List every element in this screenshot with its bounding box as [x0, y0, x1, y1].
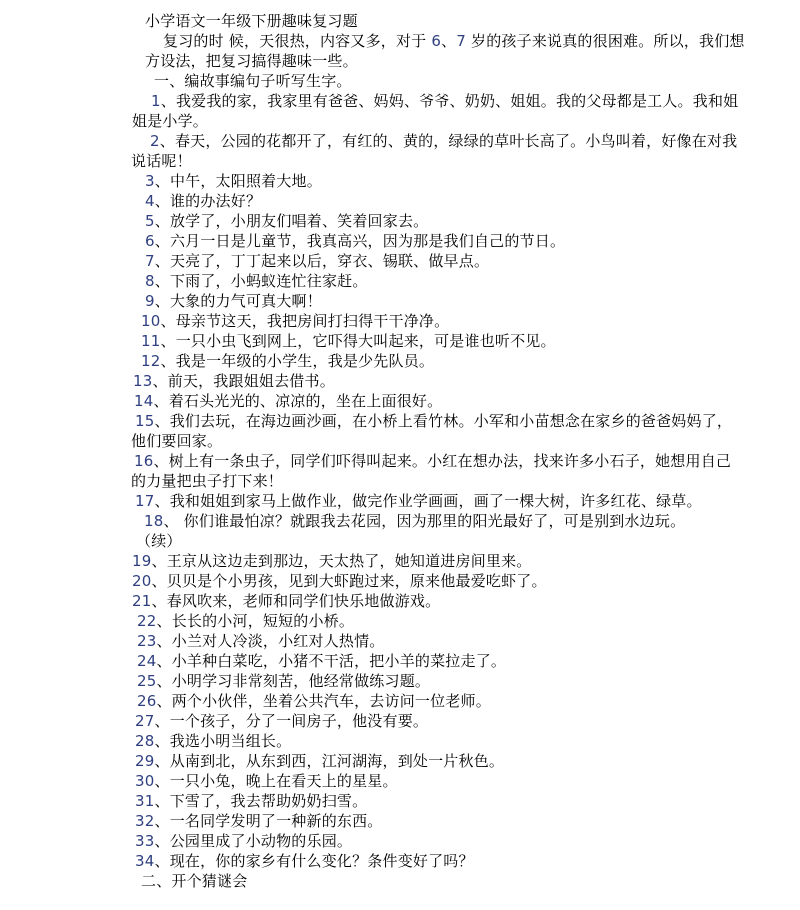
- section-1-heading: 一、编故事编句子听写生字。: [131, 71, 800, 91]
- item-10: 10、母亲节这天，我把房间打扫得干干净净。: [131, 311, 800, 331]
- item-34: 34、现在，你的家乡有什么变化？条件变好了吗？: [131, 851, 800, 871]
- item-9: 9、大象的力气可真大啊！: [131, 291, 800, 311]
- item-17: 17、我和姐姐到家马上做作业，做完作业学画画，画了一棵大树，许多红花、绿草。: [131, 491, 800, 511]
- item-12: 12、我是一年级的小学生，我是少先队员。: [131, 351, 800, 371]
- list-number: 32: [135, 812, 155, 830]
- list-number: 16: [134, 452, 154, 470]
- list-number: 31: [135, 792, 155, 810]
- item-14: 14、着石头光光的、凉凉的，坐在上面很好。: [131, 391, 800, 411]
- list-number: 12: [141, 352, 161, 370]
- section-2-heading: 二、开个猜谜会: [131, 871, 800, 891]
- item-32: 32、一名同学发明了一种新的东西。: [131, 811, 800, 831]
- list-number: 13: [133, 372, 153, 390]
- item-5: 5、放学了，小朋友们唱着、笑着回家去。: [131, 211, 800, 231]
- list-number: 22: [137, 612, 157, 630]
- item-6: 6、六月一日是儿童节，我真高兴，因为那是我们自己的节日。: [131, 231, 800, 251]
- item-16-cont: 的力量把虫子打下来！: [131, 471, 800, 491]
- item-20: 20、贝贝是个小男孩，见到大虾跑过来，原来他最爱吃虾了。: [131, 571, 800, 591]
- item-30: 30、一只小兔，晚上在看天上的星星。: [131, 771, 800, 791]
- list-number: 3: [145, 172, 155, 190]
- item-18: 18、 你们谁最怕凉？就跟我去花园，因为那里的阳光最好了，可是别到水边玩。: [131, 511, 800, 531]
- item-1-cont: 姐是小学。: [131, 111, 800, 131]
- list-number: 24: [137, 652, 157, 670]
- item-27: 27、一个孩子，分了一间房子，他没有要。: [131, 711, 800, 731]
- document-title: 小学语文一年级下册趣味复习题: [131, 11, 800, 31]
- list-number: 9: [145, 292, 155, 310]
- item-29: 29、从南到北，从东到西，江河湖海，到处一片秋色。: [131, 751, 800, 771]
- list-number: 25: [137, 672, 157, 690]
- intro-line-1: 复习的时 候，天很热，内容又多，对于 6、7 岁的孩子来说真的很困难。所以，我们…: [131, 31, 800, 51]
- item-8: 8、下雨了，小蚂蚁连忙往家赶。: [131, 271, 800, 291]
- document-page: 小学语文一年级下册趣味复习题复习的时 候，天很热，内容又多，对于 6、7 岁的孩…: [0, 0, 800, 910]
- item-22: 22、长长的小河，短短的小桥。: [131, 611, 800, 631]
- list-number: 7: [145, 252, 155, 270]
- list-number: 6: [145, 232, 155, 250]
- list-number: 21: [132, 592, 152, 610]
- document-body: 小学语文一年级下册趣味复习题复习的时 候，天很热，内容又多，对于 6、7 岁的孩…: [131, 11, 800, 891]
- item-25: 25、小明学习非常刻苦，他经常做练习题。: [131, 671, 800, 691]
- list-number: 30: [135, 772, 155, 790]
- list-number: 1: [151, 92, 161, 110]
- intro-line-2: 方设法，把复习搞得趣味一些。: [131, 51, 800, 71]
- item-28: 28、我选小明当组长。: [131, 731, 800, 751]
- list-number: 23: [137, 632, 157, 650]
- item-31: 31、下雪了，我去帮助奶奶扫雪。: [131, 791, 800, 811]
- list-number: 11: [141, 332, 161, 350]
- item-2: 2、春天，公园的花都开了，有红的、黄的，绿绿的草叶长高了。小鸟叫着，好像在对我: [131, 131, 800, 151]
- list-number: 17: [135, 492, 155, 510]
- item-15: 15、我们去玩，在海边画沙画，在小桥上看竹林。小军和小苗想念在家乡的爸爸妈妈了，: [131, 411, 800, 431]
- item-33: 33、公园里成了小动物的乐园。: [131, 831, 800, 851]
- list-number: 29: [135, 752, 155, 770]
- item-26: 26、两个小伙伴，坐着公共汽车，去访问一位老师。: [131, 691, 800, 711]
- list-number: 27: [135, 712, 155, 730]
- list-number: 28: [135, 732, 155, 750]
- list-number: 6: [431, 32, 441, 50]
- item-24: 24、小羊种白菜吃，小猪不干活，把小羊的菜拉走了。: [131, 651, 800, 671]
- list-number: 10: [141, 312, 161, 330]
- item-1: 1、我爱我的家，我家里有爸爸、妈妈、爷爷、奶奶、姐姐。我的父母都是工人。我和姐: [131, 91, 800, 111]
- item-23: 23、小兰对人冷淡，小红对人热情。: [131, 631, 800, 651]
- item-16: 16、树上有一条虫子，同学们吓得叫起来。小红在想办法，找来许多小石子，她想用自己: [131, 451, 800, 471]
- item-7: 7、天亮了，丁丁起来以后，穿衣、锡联、做早点。: [131, 251, 800, 271]
- list-number: 26: [137, 692, 157, 710]
- item-2-cont: 说话呢！: [131, 151, 800, 171]
- list-number: 4: [145, 192, 155, 210]
- list-number: 15: [135, 412, 155, 430]
- list-number: 8: [145, 272, 155, 290]
- list-number: 2: [150, 132, 160, 150]
- list-number: 34: [135, 852, 155, 870]
- list-number: 33: [135, 832, 155, 850]
- list-number: 20: [132, 572, 152, 590]
- item-15-cont: 他们要回家。: [131, 431, 800, 451]
- continued-marker: （续）: [131, 531, 800, 551]
- item-3: 3、中午，太阳照着大地。: [131, 171, 800, 191]
- list-number: 14: [134, 392, 154, 410]
- item-4: 4、谁的办法好？: [131, 191, 800, 211]
- item-13: 13、前天，我跟姐姐去借书。: [131, 371, 800, 391]
- item-21: 21、春风吹来，老师和同学们快乐地做游戏。: [131, 591, 800, 611]
- list-number: 7: [456, 32, 466, 50]
- list-number: 5: [145, 212, 155, 230]
- list-number: 19: [132, 552, 152, 570]
- item-11: 11、一只小虫飞到网上，它吓得大叫起来，可是谁也听不见。: [131, 331, 800, 351]
- list-number: 18: [144, 512, 164, 530]
- item-19: 19、王京从这边走到那边，天太热了，她知道进房间里来。: [131, 551, 800, 571]
